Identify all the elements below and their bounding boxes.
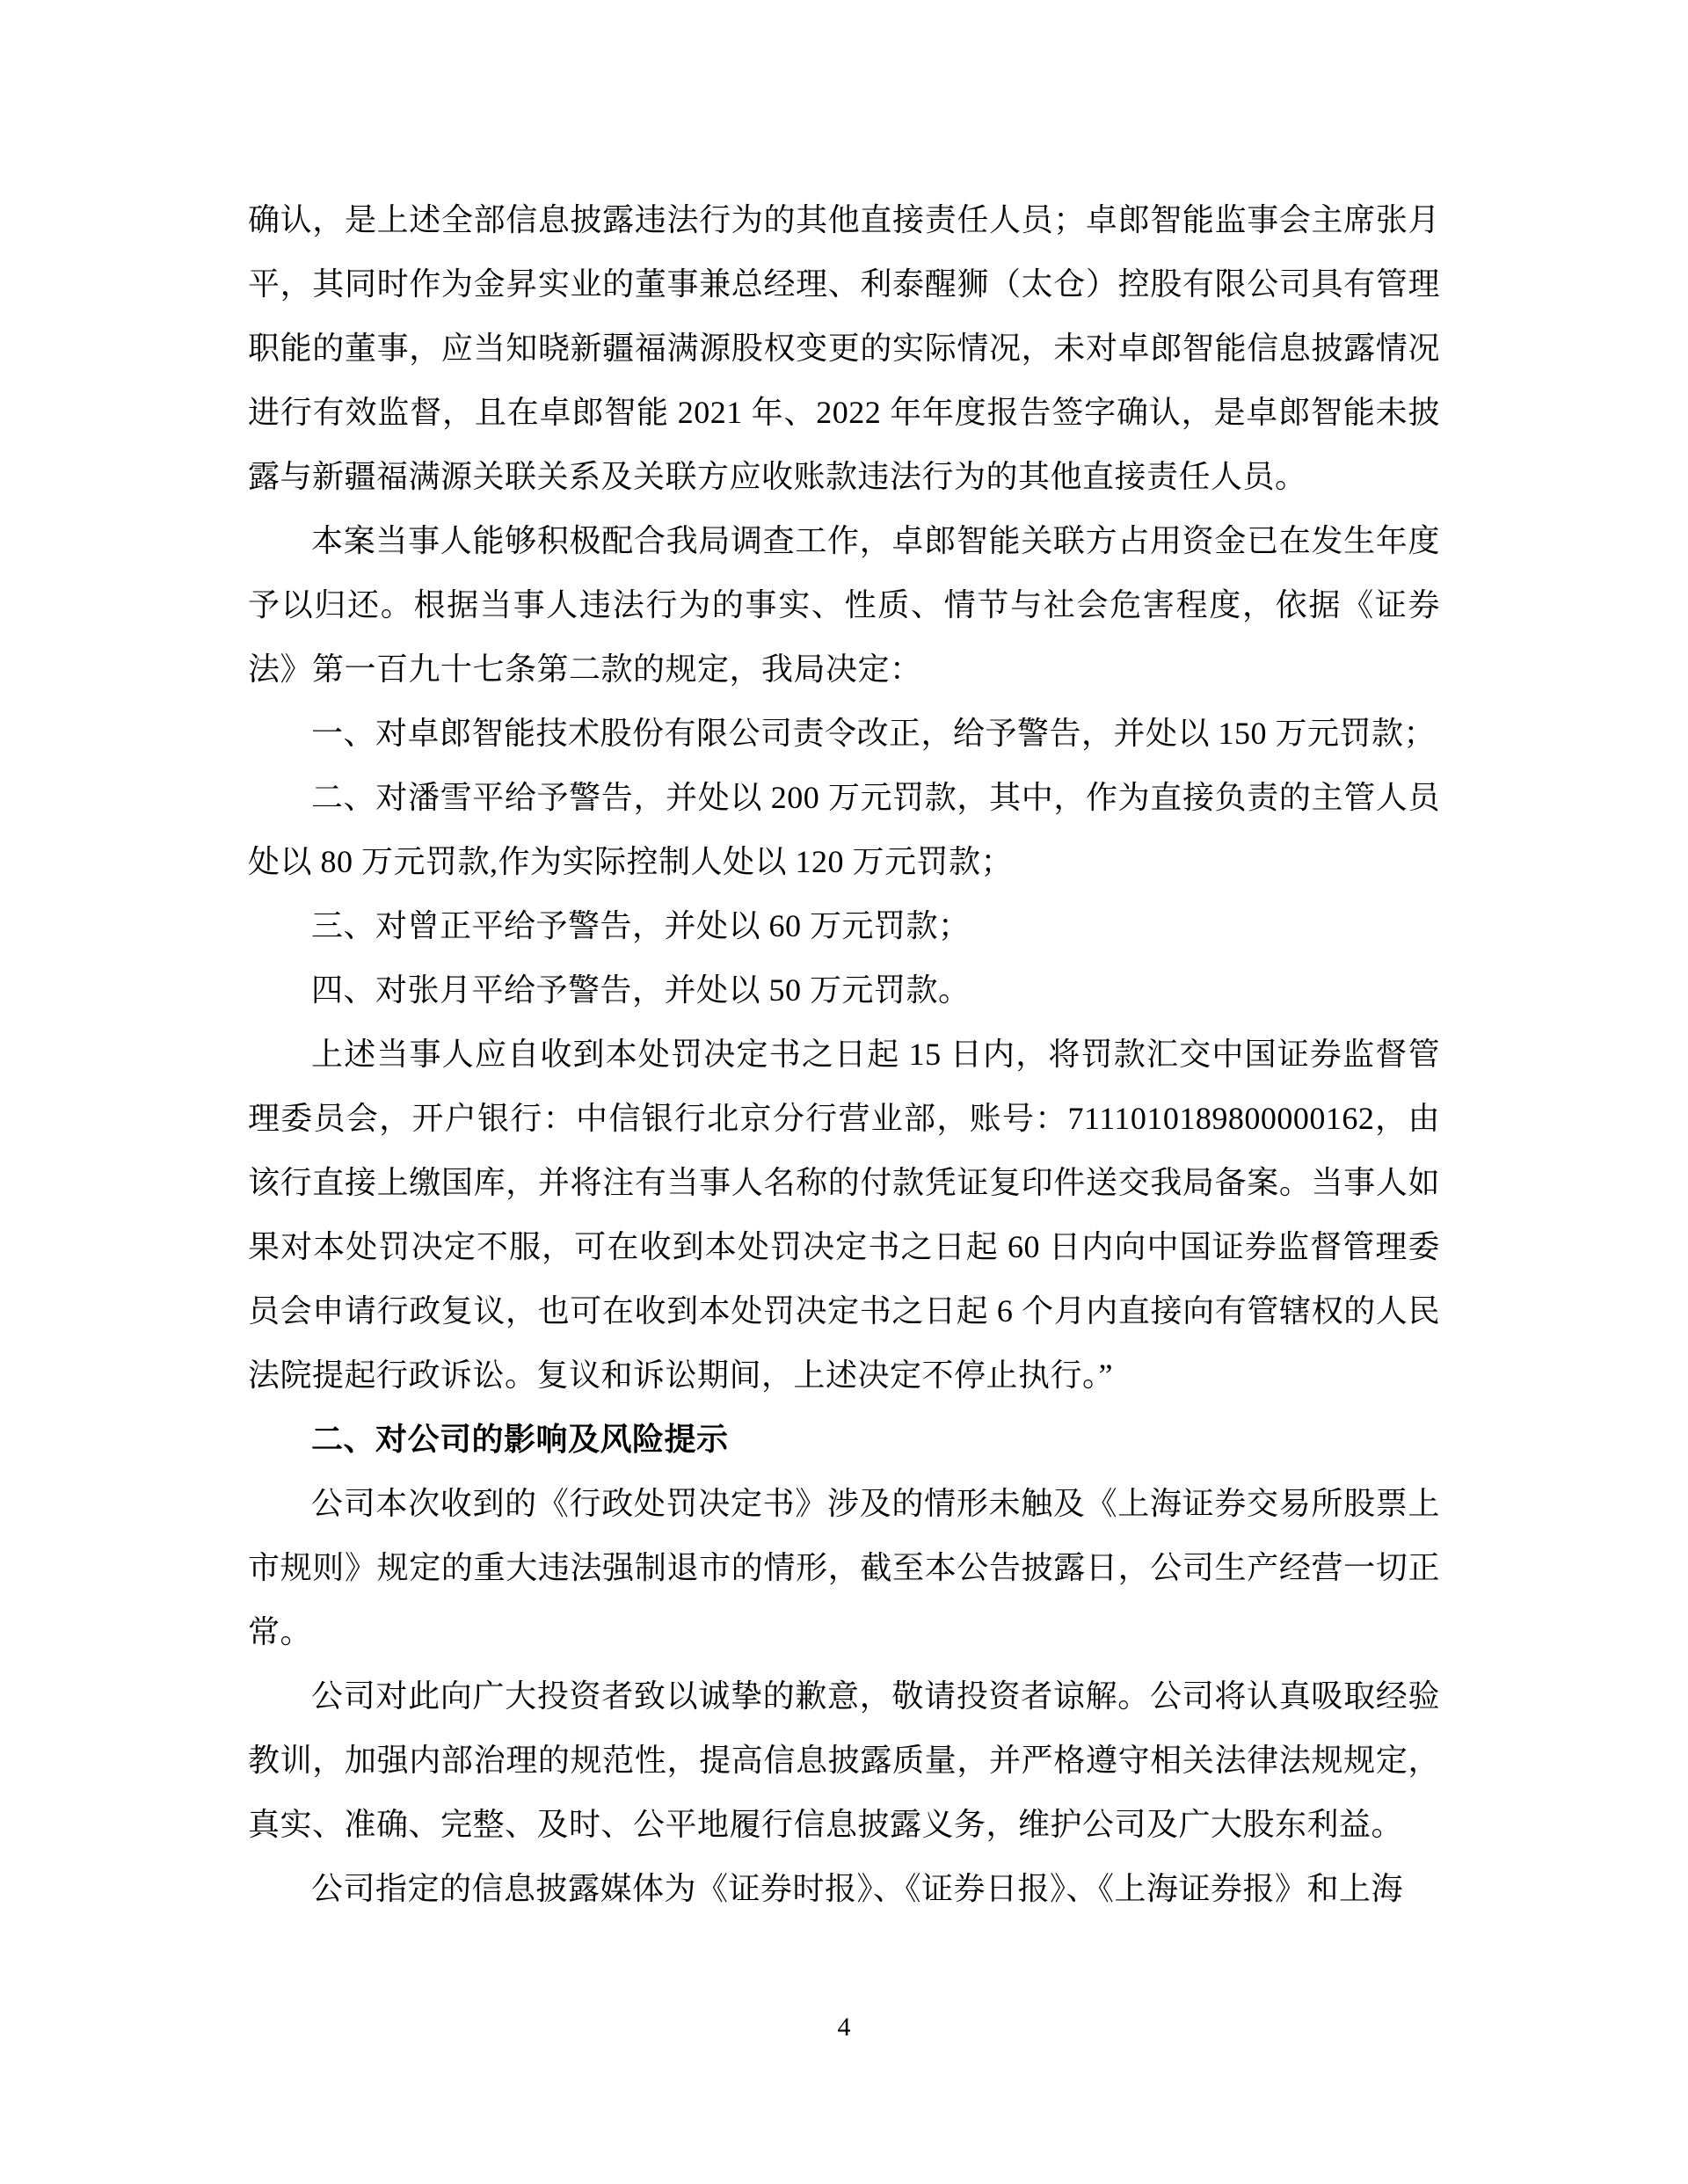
paragraph: 四、对张月平给予警告，并处以 50 万元罚款。	[248, 958, 1440, 1023]
paragraph: 确认，是上述全部信息披露违法行为的其他直接责任人员；卓郎智能监事会主席张月平，其…	[248, 188, 1440, 509]
paragraph: 公司指定的信息披露媒体为《证券时报》、《证券日报》、《上海证券报》和上海	[248, 1857, 1440, 1921]
paragraph: 公司本次收到的《行政处罚决定书》涉及的情形未触及《上海证券交易所股票上市规则》规…	[248, 1472, 1440, 1664]
document-body: 确认，是上述全部信息披露违法行为的其他直接责任人员；卓郎智能监事会主席张月平，其…	[248, 188, 1440, 1921]
paragraph: 三、对曾正平给予警告，并处以 60 万元罚款；	[248, 894, 1440, 958]
document-page: 确认，是上述全部信息披露违法行为的其他直接责任人员；卓郎智能监事会主席张月平，其…	[0, 0, 1688, 2184]
paragraph: 二、对潘雪平给予警告，并处以 200 万元罚款，其中，作为直接负责的主管人员处以…	[248, 766, 1440, 894]
section-heading: 二、对公司的影响及风险提示	[248, 1408, 1440, 1472]
paragraph: 公司对此向广大投资者致以诚挚的歉意，敬请投资者谅解。公司将认真吸取经验教训，加强…	[248, 1664, 1440, 1857]
page-number: 4	[0, 2012, 1688, 2043]
paragraph: 本案当事人能够积极配合我局调查工作，卓郎智能关联方占用资金已在发生年度予以归还。…	[248, 509, 1440, 702]
paragraph: 上述当事人应自收到本处罚决定书之日起 15 日内，将罚款汇交中国证券监督管理委员…	[248, 1023, 1440, 1408]
paragraph: 一、对卓郎智能技术股份有限公司责令改正，给予警告，并处以 150 万元罚款；	[248, 702, 1440, 766]
